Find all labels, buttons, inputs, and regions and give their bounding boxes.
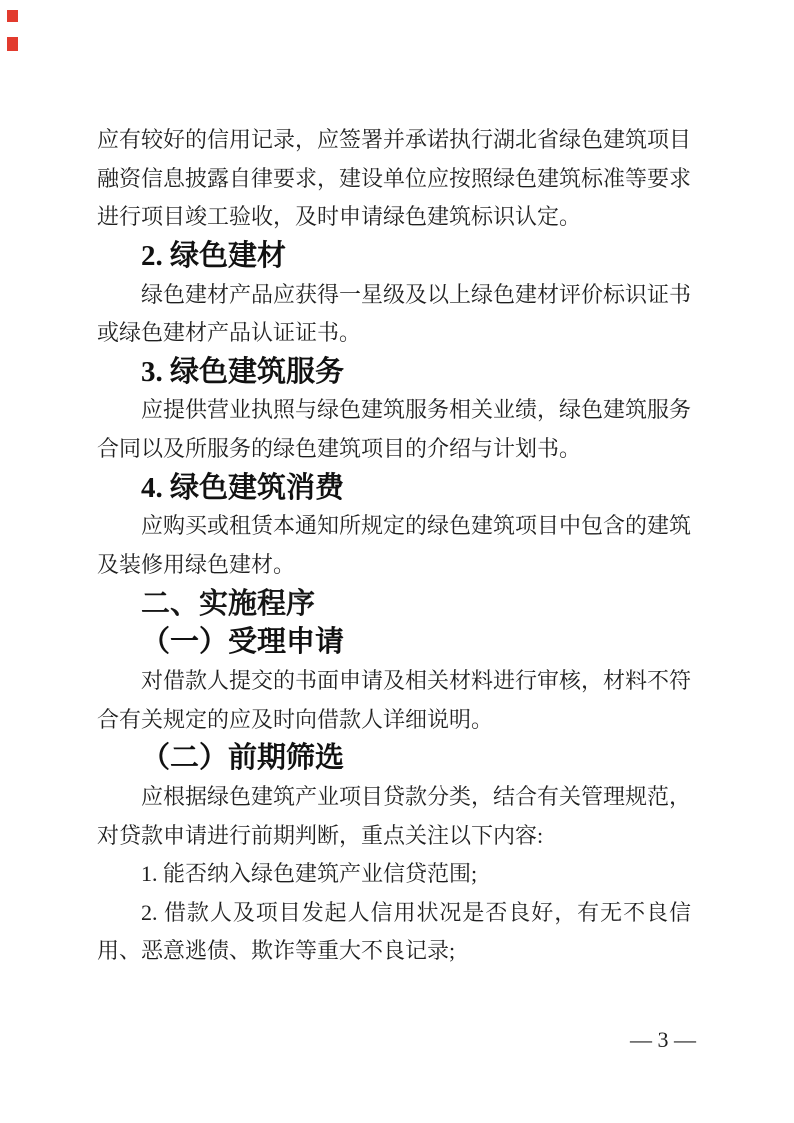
heading-green-materials: 2. 绿色建材 xyxy=(97,237,691,276)
red-annotation-mark-2 xyxy=(7,37,18,51)
page-number: — 3 — xyxy=(97,1026,696,1054)
document-body: 应有较好的信用记录，应签署并承诺执行湖北省绿色建筑项目 融资信息披露自律要求，建… xyxy=(97,121,691,971)
paragraph-line: 合有关规定的应及时向借款人详细说明。 xyxy=(97,701,691,740)
paragraph-line: 应根据绿色建筑产业项目贷款分类，结合有关管理规范， xyxy=(97,778,691,817)
paragraph-line: 对借款人提交的书面申请及相关材料进行审核，材料不符 xyxy=(97,662,691,701)
red-annotation-mark-1 xyxy=(7,10,18,22)
paragraph-line: 进行项目竣工验收，及时申请绿色建筑标识认定。 xyxy=(97,198,691,237)
paragraph-line: 应购买或租赁本通知所规定的绿色建筑项目中包含的建筑 xyxy=(97,507,691,546)
paragraph-line: 及装修用绿色建材。 xyxy=(97,546,691,585)
paragraph-line: 合同以及所服务的绿色建筑项目的介绍与计划书。 xyxy=(97,430,691,469)
heading-accept-application: （一）受理申请 xyxy=(97,623,691,662)
list-item-line: 用、恶意逃债、欺诈等重大不良记录; xyxy=(97,932,691,971)
paragraph-line: 应提供营业执照与绿色建筑服务相关业绩，绿色建筑服务 xyxy=(97,391,691,430)
paragraph-line: 融资信息披露自律要求，建设单位应按照绿色建筑标准等要求 xyxy=(97,160,691,199)
paragraph-line: 绿色建材产品应获得一星级及以上绿色建材评价标识证书 xyxy=(97,276,691,315)
heading-preliminary-screening: （二）前期筛选 xyxy=(97,739,691,778)
heading-green-building-consumption: 4. 绿色建筑消费 xyxy=(97,469,691,508)
heading-implementation-procedure: 二、实施程序 xyxy=(97,585,691,624)
list-item-line: 2. 借款人及项目发起人信用状况是否良好，有无不良信 xyxy=(97,894,691,933)
heading-green-building-services: 3. 绿色建筑服务 xyxy=(97,353,691,392)
paragraph-line: 对贷款申请进行前期判断，重点关注以下内容: xyxy=(97,817,691,856)
paragraph-line: 或绿色建材产品认证证书。 xyxy=(97,314,691,353)
paragraph-line: 应有较好的信用记录，应签署并承诺执行湖北省绿色建筑项目 xyxy=(97,121,691,160)
list-item-line: 1. 能否纳入绿色建筑产业信贷范围; xyxy=(97,855,691,894)
document-page: 应有较好的信用记录，应签署并承诺执行湖北省绿色建筑项目 融资信息披露自律要求，建… xyxy=(0,0,794,1123)
